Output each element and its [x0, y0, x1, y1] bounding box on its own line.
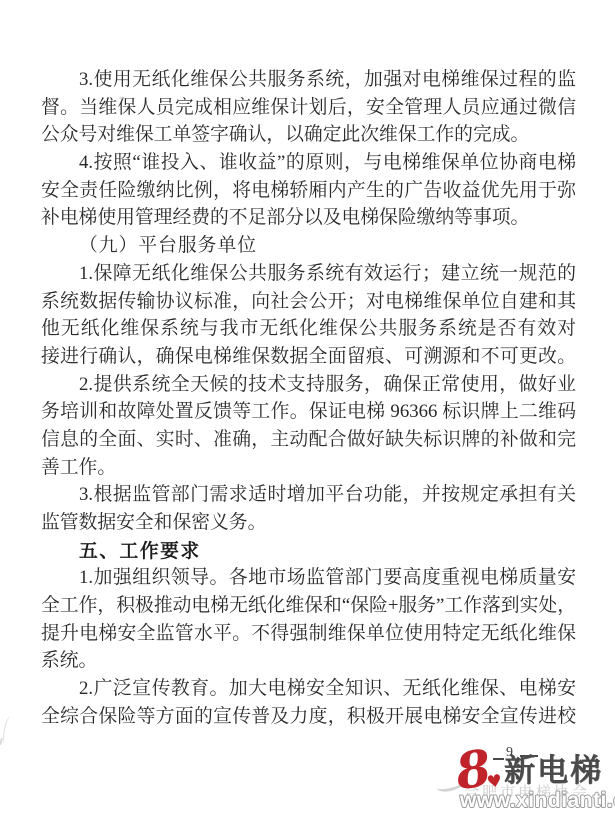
text-line: 2.广泛宣传教育。加大电梯安全知识、无纸化维保、电梯安 — [41, 675, 576, 703]
text-line: 接进行确认，确保电梯维保数据全面留痕、可溯源和不可更改。 — [41, 343, 576, 371]
text-line: 他无纸化维保系统与我市无纸化维保公共服务系统是否有效对 — [41, 315, 576, 343]
text-line: 督。当维保人员完成相应维保计划后，安全管理人员应通过微信 — [41, 94, 576, 122]
text-line: 提升电梯安全监管水平。不得强制维保单位使用特定无纸化维保 — [41, 620, 576, 648]
text-line: 系统数据传输协议标准，向社会公开；对电梯维保单位自建和其 — [41, 288, 576, 316]
scan-artifact — [1, 716, 14, 745]
document-body: 3.使用无纸化维保公共服务系统，加强对电梯维保过程的监督。当维保人员完成相应维保… — [41, 66, 576, 731]
xindianti-logo: 合肥市电梯协会 8 ♥ 新电梯 www.xindianti.cn — [430, 740, 610, 815]
text-line: 3.使用无纸化维保公共服务系统，加强对电梯维保过程的监 — [41, 66, 576, 94]
scan-artifact — [0, 738, 3, 745]
text-line: （九）平台服务单位 — [41, 232, 576, 260]
logo-brand-name: 新电梯 — [504, 755, 603, 786]
text-line: 公众号对维保工单签字确认，以确定此次维保工作的完成。 — [41, 121, 576, 149]
text-line: 2.提供系统全天候的技术支持服务，确保正常使用，做好业 — [41, 371, 576, 399]
text-line: 全综合保险等方面的宣传普及力度，积极开展电梯安全宣传进校 — [41, 703, 576, 731]
text-line: 善工作。 — [41, 454, 576, 482]
text-line: 4.按照“谁投入、谁收益”的原则，与电梯维保单位协商电梯 — [41, 149, 576, 177]
scanned-document-page: 3.使用无纸化维保公共服务系统，加强对电梯维保过程的监督。当维保人员完成相应维保… — [0, 0, 615, 817]
text-line: 1.保障无纸化维保公共服务系统有效运行；建立统一规范的 — [41, 260, 576, 288]
text-line: 全工作，积极推动电梯无纸化维保和“保险+服务”工作落到实处， — [41, 592, 576, 620]
text-line: 1.加强组织领导。各地市场监管部门要高度重视电梯质量安 — [41, 564, 576, 592]
text-line: 务培训和故障处置反馈等工作。保证电梯 96366 标识牌上二维码 — [41, 398, 576, 426]
text-line: 信息的全面、实时、准确，主动配合做好缺失标识牌的补做和完 — [41, 426, 576, 454]
text-line: 监管数据安全和保密义务。 — [41, 509, 576, 537]
text-line: 五、工作要求 — [41, 537, 576, 565]
text-line: 安全责任险缴纳比例，将电梯轿厢内产生的广告收益优先用于弥 — [41, 177, 576, 205]
text-line: 补电梯使用管理经费的不足部分以及电梯保险缴纳等事项。 — [41, 204, 576, 232]
logo-website-url: www.xindianti.cn — [460, 789, 615, 813]
text-line: 3.根据监管部门需求适时增加平台功能，并按规定承担有关 — [41, 481, 576, 509]
text-line: 系统。 — [41, 647, 576, 675]
